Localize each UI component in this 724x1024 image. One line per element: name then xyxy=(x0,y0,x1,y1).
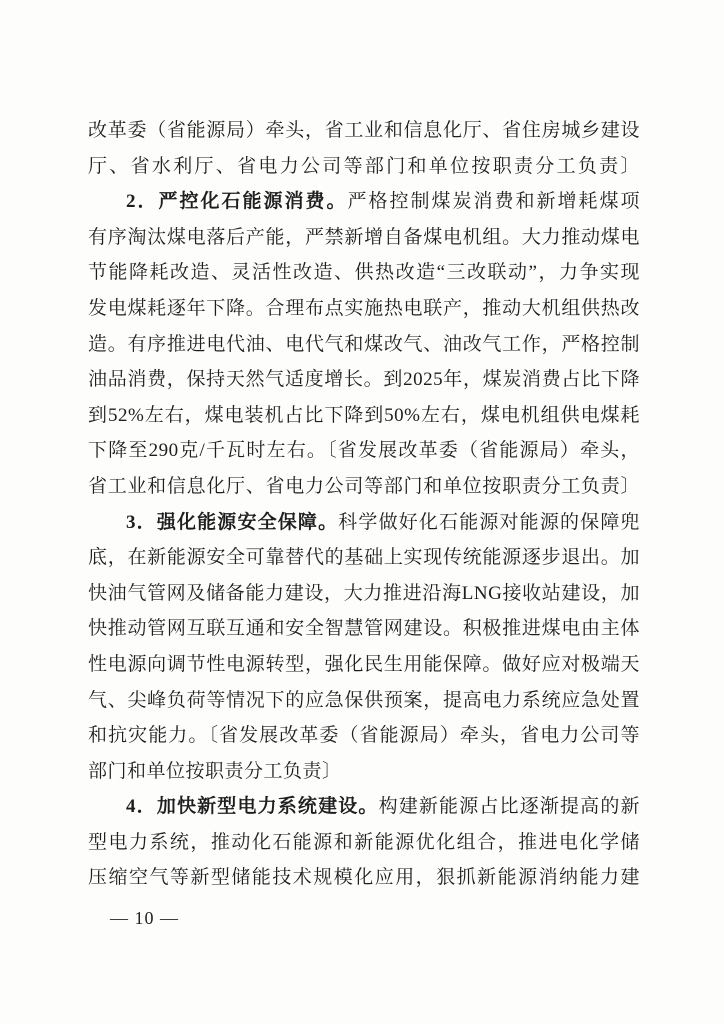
text-line: 底，在新能源安全可靠替代的基础上实现传统能源逐步退出。加 xyxy=(88,540,640,576)
item-3-first-line: 3．强化能源安全保障。科学做好化石能源对能源的保障兜 xyxy=(88,505,640,541)
item-3-heading: 3．强化能源安全保障。 xyxy=(126,512,338,533)
text-line: 厅、省水利厅、省电力公司等部门和单位按职责分工负责〕 xyxy=(88,149,640,185)
item-4-text: 构建新能源占比逐渐提高的新 xyxy=(379,796,640,817)
text-line: 气、尖峰负荷等情况下的应急保供预案，提高电力系统应急处置 xyxy=(88,683,640,719)
item-3-text: 科学做好化石能源对能源的保障兜 xyxy=(338,512,640,533)
text-line: 快油气管网及储备能力建设，大力推进沿海LNG接收站建设，加 xyxy=(88,576,640,612)
page-number: — 10 — xyxy=(110,908,179,929)
text-line: 压缩空气等新型储能技术规模化应用，狠抓新能源消纳能力建 xyxy=(88,860,640,896)
item-4-first-line: 4．加快新型电力系统建设。构建新能源占比逐渐提高的新 xyxy=(88,789,640,825)
item-2-heading: 2．严控化石能源消费。 xyxy=(126,191,348,212)
text-line: 下降至290克/千瓦时左右。〔省发展改革委（省能源局）牵头， xyxy=(88,433,640,469)
item-4-heading: 4．加快新型电力系统建设。 xyxy=(126,796,379,817)
text-line: 快推动管网互联互通和安全智慧管网建设。积极推进煤电由主体 xyxy=(88,611,640,647)
text-line: 型电力系统，推动化石能源和新能源优化组合，推进电化学储能、 xyxy=(88,825,640,861)
text-line: 油品消费，保持天然气适度增长。到2025年，煤炭消费占比下降 xyxy=(88,362,640,398)
document-page: 改革委（省能源局）牵头，省工业和信息化厅、省住房城乡建设 厅、省水利厅、省电力公… xyxy=(0,0,724,1024)
text-line: 省工业和信息化厅、省电力公司等部门和单位按职责分工负责〕 xyxy=(88,469,640,505)
text-line: 改革委（省能源局）牵头，省工业和信息化厅、省住房城乡建设 xyxy=(88,113,640,149)
text-line: 造。有序推进电代油、电代气和煤改气、油改气工作，严格控制 xyxy=(88,327,640,363)
text-line: 部门和单位按职责分工负责〕 xyxy=(88,754,640,790)
text-line: 性电源向调节性电源转型，强化民生用能保障。做好应对极端天 xyxy=(88,647,640,683)
text-line: 节能降耗改造、灵活性改造、供热改造“三改联动”，力争实现 xyxy=(88,255,640,291)
text-line: 发电煤耗逐年下降。合理布点实施热电联产，推动大机组供热改 xyxy=(88,291,640,327)
document-body: 改革委（省能源局）牵头，省工业和信息化厅、省住房城乡建设 厅、省水利厅、省电力公… xyxy=(88,113,640,896)
text-line: 和抗灾能力。〔省发展改革委（省能源局）牵头，省电力公司等 xyxy=(88,718,640,754)
text-line: 有序淘汰煤电落后产能，严禁新增自备煤电机组。大力推动煤电 xyxy=(88,220,640,256)
item-2-first-line: 2．严控化石能源消费。严格控制煤炭消费和新增耗煤项目， xyxy=(88,184,640,220)
text-line: 到52%左右，煤电装机占比下降到50%左右，煤电机组供电煤耗 xyxy=(88,398,640,434)
